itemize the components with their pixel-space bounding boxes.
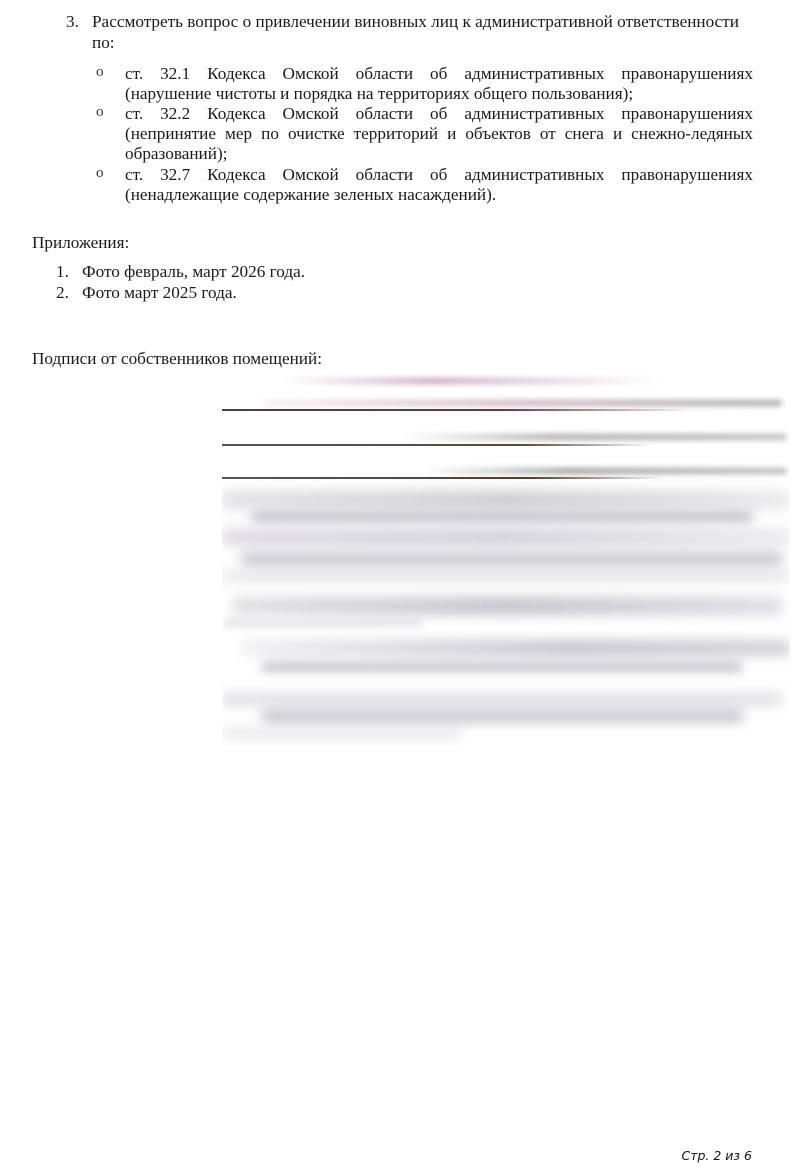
bullet-circle-icon: o (96, 64, 104, 81)
sub-item-line: (непринятие мер по очистке территорий и … (125, 124, 753, 144)
sub-item-line: (нарушение чистоты и порядка на территор… (125, 84, 633, 104)
agenda-item-text-line2: по: (92, 33, 115, 53)
sub-item-line: ст. 32.7 Кодекса Омской области об админ… (125, 165, 753, 185)
sub-item-line: ст. 32.1 Кодекса Омской области об админ… (125, 64, 753, 84)
page-number: Стр. 2 из 6 (681, 1148, 752, 1163)
attachments-heading: Приложения: (32, 233, 129, 253)
attachment-number: 1. (56, 262, 69, 282)
bullet-circle-icon: o (96, 165, 104, 182)
sub-item-line: ст. 32.2 Кодекса Омской области об админ… (125, 104, 753, 124)
sub-item-line: образований); (125, 144, 227, 164)
attachment-item: Фото февраль, март 2026 года. (82, 262, 305, 282)
agenda-item-number: 3. (66, 12, 79, 32)
agenda-item-text-line1: Рассмотреть вопрос о привлечении виновны… (92, 12, 739, 32)
attachment-item: Фото март 2025 года. (82, 283, 237, 303)
blurred-signatures-image (222, 372, 790, 747)
signatures-heading: Подписи от собственников помещений: (32, 349, 322, 369)
bullet-circle-icon: o (96, 104, 104, 121)
sub-item-line: (ненадлежащие содержание зеленых насажде… (125, 185, 496, 205)
attachment-number: 2. (56, 283, 69, 303)
